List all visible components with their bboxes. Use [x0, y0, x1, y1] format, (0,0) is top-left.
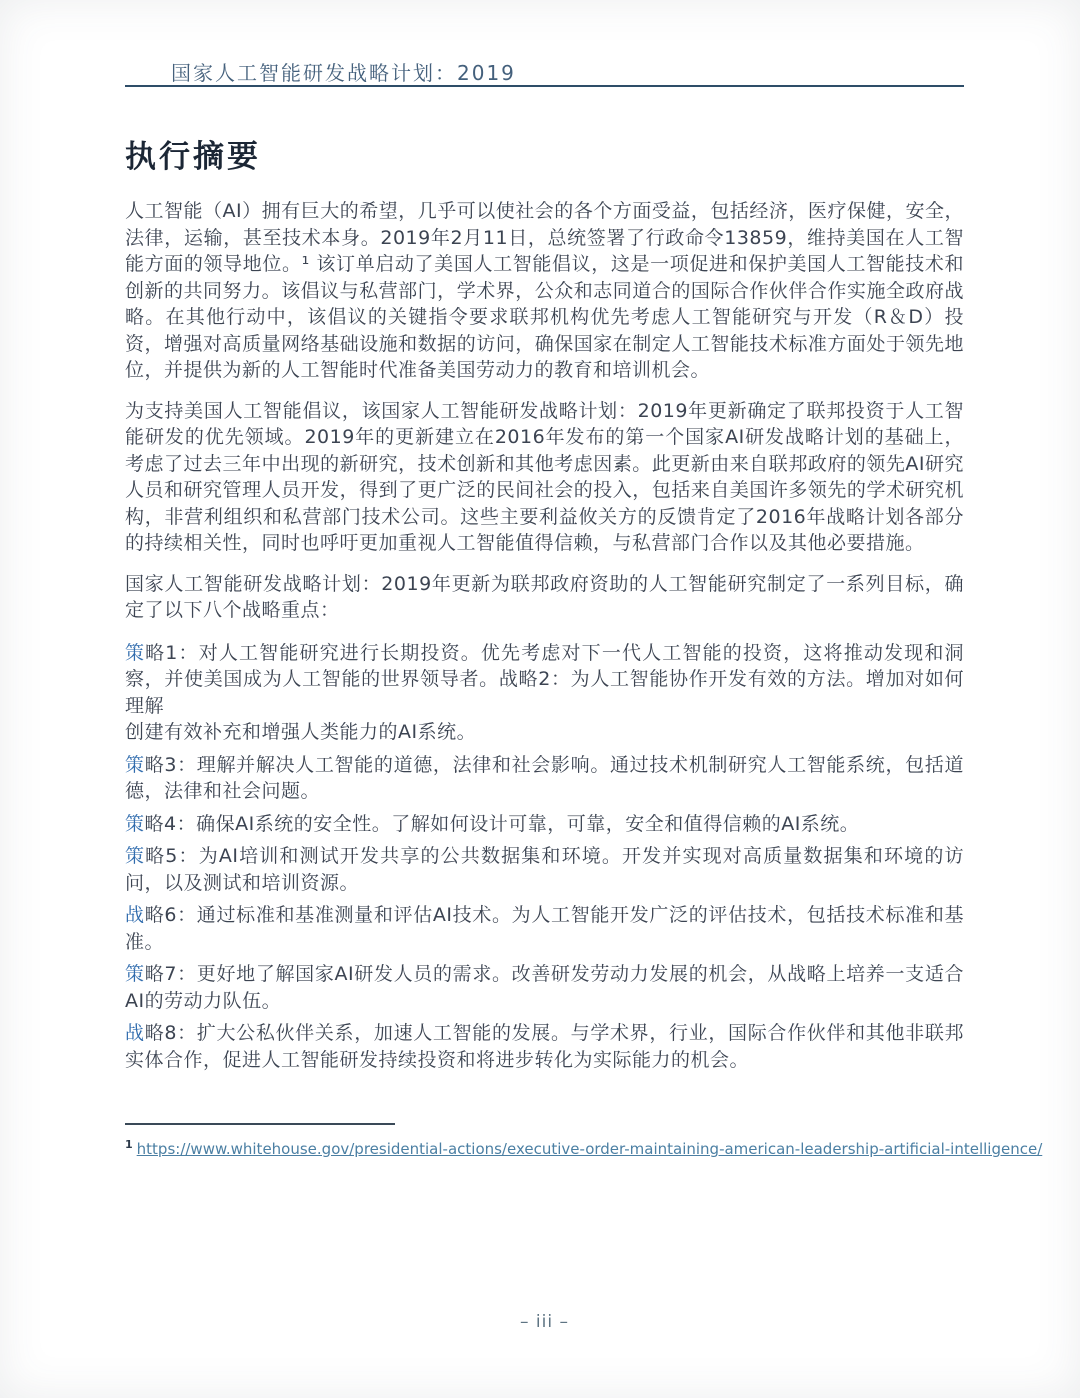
- strategy-list: 策略1：对人工智能研究进行长期投资。优先考虑对下一代人工智能的投资，这将推动发现…: [125, 640, 964, 1080]
- strategy-lead-char: 战: [125, 904, 145, 926]
- strategy-text: 略8：扩大公私伙伴关系，加速人工智能的发展。与学术界，行业，国际合作伙伴和其他非…: [125, 1022, 964, 1071]
- page-header: 国家人工智能研发战略计划：2019: [125, 62, 964, 87]
- strategy-text: 略7：更好地了解国家AI研发人员的需求。改善研发劳动力发展的机会，从战略上培养一…: [125, 963, 964, 1012]
- header-rule: [125, 85, 964, 87]
- paragraph-goals: 国家人工智能研发战略计划：2019年更新为联邦政府资助的人工智能研究制定了一系列…: [125, 571, 964, 624]
- section-heading: 执行摘要: [125, 131, 964, 176]
- strategy-item: 策略4：确保AI系统的安全性。了解如何设计可靠，可靠，安全和值得信赖的AI系统。: [125, 811, 964, 838]
- strategy-lead-char: 策: [125, 754, 145, 776]
- strategy-text: 略3：理解并解决人工智能的道德，法律和社会影响。通过技术机制研究人工智能系统，包…: [125, 754, 964, 803]
- strategy-lead-char: 策: [125, 845, 145, 867]
- strategy-item: 策略3：理解并解决人工智能的道德，法律和社会影响。通过技术机制研究人工智能系统，…: [125, 752, 964, 805]
- strategy-lead-char: 策: [125, 813, 145, 835]
- document-page: 国家人工智能研发战略计划：2019 执行摘要 人工智能（AI）拥有巨大的希望，几…: [0, 0, 1080, 1398]
- strategy-lead-char: 策: [125, 642, 145, 664]
- strategy-text: 略5：为AI培训和测试开发共享的公共数据集和环境。开发并实现对高质量数据集和环境…: [125, 845, 964, 894]
- strategy-text: 略1：对人工智能研究进行长期投资。优先考虑对下一代人工智能的投资，这将推动发现和…: [125, 642, 964, 744]
- strategy-text: 略4：确保AI系统的安全性。了解如何设计可靠，可靠，安全和值得信赖的AI系统。: [145, 813, 860, 835]
- strategy-lead-char: 战: [125, 1022, 145, 1044]
- footnote: 1https://www.whitehouse.gov/presidential…: [125, 1137, 964, 1160]
- strategy-item: 策略7：更好地了解国家AI研发人员的需求。改善研发劳动力发展的机会，从战略上培养…: [125, 961, 964, 1014]
- footnote-block: 1https://www.whitehouse.gov/presidential…: [125, 1123, 964, 1160]
- paragraph-intro: 人工智能（AI）拥有巨大的希望，几乎可以使社会的各个方面受益，包括经济，医疗保健…: [125, 198, 964, 384]
- strategy-item: 策略1：对人工智能研究进行长期投资。优先考虑对下一代人工智能的投资，这将推动发现…: [125, 640, 964, 746]
- paragraph-update: 为支持美国人工智能倡议，该国家人工智能研发战略计划：2019年更新确定了联邦投资…: [125, 398, 964, 557]
- strategy-item: 战略6：通过标准和基准测量和评估AI技术。为人工智能开发广泛的评估技术，包括技术…: [125, 902, 964, 955]
- strategy-item: 战略8：扩大公私伙伴关系，加速人工智能的发展。与学术界，行业，国际合作伙伴和其他…: [125, 1020, 964, 1073]
- strategy-lead-char: 策: [125, 963, 145, 985]
- footnote-link[interactable]: https://www.whitehouse.gov/presidential-…: [137, 1140, 1043, 1158]
- strategy-text: 略6：通过标准和基准测量和评估AI技术。为人工智能开发广泛的评估技术，包括技术标…: [125, 904, 964, 953]
- footnote-rule: [125, 1123, 395, 1125]
- running-header-title: 国家人工智能研发战略计划：2019: [171, 62, 964, 84]
- strategy-item: 策略5：为AI培训和测试开发共享的公共数据集和环境。开发并实现对高质量数据集和环…: [125, 843, 964, 896]
- page-number: – iii –: [125, 1312, 964, 1398]
- footnote-marker: 1: [125, 1138, 133, 1151]
